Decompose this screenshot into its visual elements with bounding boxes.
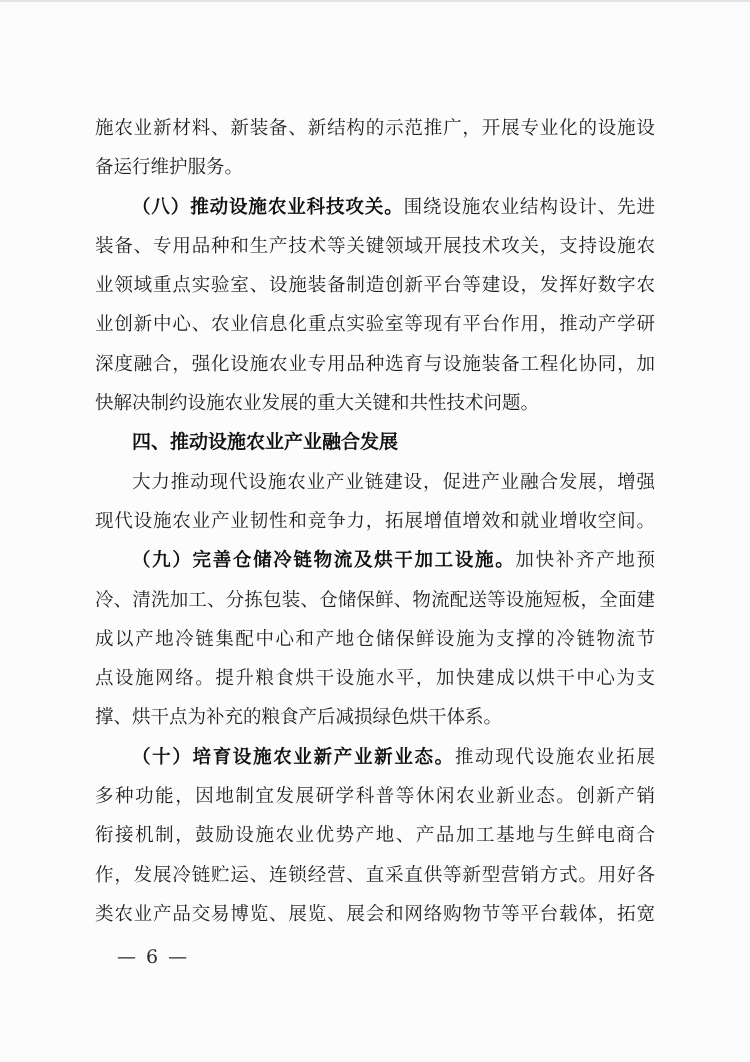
document-line: 大力推动现代设施农业产业链建设，促进产业融合发展，增强 [95,463,655,502]
paragraph-text: 撑、烘干点为补充的粮食产后减损绿色烘干体系。 [95,707,502,728]
document-line: 衔接机制，鼓励设施农业优势产地、产品加工基地与生鲜电商合 [95,816,655,855]
document-page: 施农业新材料、新装备、新结构的示范推广，开展专业化的设施设备运行维护服务。（八）… [0,0,750,1062]
document-line: 现代设施农业产业韧性和竞争力，拓展增值增效和就业增收空间。 [95,502,655,541]
section-heading-text: 四、推动设施农业产业融合发展 [132,431,398,453]
document-line: 点设施网络。提升粮食烘干设施水平，加快建成以烘干中心为支 [95,659,655,698]
paragraph-lead-bold: （八）推动设施农业科技攻关。 [132,197,404,218]
document-line: 成以产地冷链集配中心和产地仓储保鲜设施为支撑的冷链物流节 [95,620,655,659]
section-heading: 四、推动设施农业产业融合发展 [95,423,655,462]
page-number: — 6 — [117,946,189,968]
document-line: 类农业产品交易博览、展览、展会和网络购物节等平台载体，拓宽 [95,895,655,934]
document-line: 撑、烘干点为补充的粮食产后减损绿色烘干体系。 [95,698,655,737]
document-line: 深度融合，强化设施农业专用品种选育与设施装备工程化协同，加 [95,345,655,384]
paragraph-text: 加快补齐产地预 [515,550,655,571]
document-body: 施农业新材料、新装备、新结构的示范推广，开展专业化的设施设备运行维护服务。（八）… [95,109,655,934]
paragraph-text: 类农业产品交易博览、展览、展会和网络购物节等平台载体，拓宽 [95,904,655,925]
document-line: 业创新中心、农业信息化重点实验室等现有平台作用，推动产学研 [95,305,655,344]
paragraph-text: 点设施网络。提升粮食烘干设施水平，加快建成以烘干中心为支 [95,668,655,689]
paragraph-text: 装备、专用品种和生产技术等关键领域开展技术攻关，支持设施农 [95,236,655,257]
document-line: 备运行维护服务。 [95,148,655,187]
paragraph-text: 业创新中心、农业信息化重点实验室等现有平台作用，推动产学研 [95,314,655,335]
document-line: （八）推动设施农业科技攻关。围绕设施农业结构设计、先进 [95,188,655,227]
paragraph-text: 推动现代设施农业拓展 [455,747,655,768]
paragraph-text: 大力推动现代设施农业产业链建设，促进产业融合发展，增强 [132,472,655,493]
document-line: 施农业新材料、新装备、新结构的示范推广，开展专业化的设施设 [95,109,655,148]
paragraph-text: 冷、清洗加工、分拣包装、仓储保鲜、物流配送等设施短板，全面建 [95,590,655,611]
paragraph-text: 快解决制约设施农业发展的重大关键和共性技术问题。 [95,393,539,414]
document-line: 多种功能，因地制宜发展研学科普等休闲农业新业态。创新产销 [95,777,655,816]
paragraph-text: 备运行维护服务。 [95,157,243,178]
paragraph-text: 多种功能，因地制宜发展研学科普等休闲农业新业态。创新产销 [95,786,655,807]
paragraph-lead-bold: （九）完善仓储冷链物流及烘干加工设施。 [132,550,515,571]
document-line: （九）完善仓储冷链物流及烘干加工设施。加快补齐产地预 [95,541,655,580]
paragraph-text: 现代设施农业产业韧性和竞争力，拓展增值增效和就业增收空间。 [95,511,655,532]
paragraph-lead-bold: （十）培育设施农业新产业新业态。 [132,747,455,768]
document-line: 作，发展冷链贮运、连锁经营、直采直供等新型营销方式。用好各 [95,856,655,895]
paragraph-text: 施农业新材料、新装备、新结构的示范推广，开展专业化的设施设 [95,118,655,139]
paragraph-text: 成以产地冷链集配中心和产地仓储保鲜设施为支撑的冷链物流节 [95,629,655,650]
paragraph-text: 业领域重点实验室、设施装备制造创新平台等建设，发挥好数字农 [95,275,655,296]
paragraph-text: 围绕设施农业结构设计、先进 [404,197,655,218]
paragraph-text: 作，发展冷链贮运、连锁经营、直采直供等新型营销方式。用好各 [95,865,655,886]
document-line: 冷、清洗加工、分拣包装、仓储保鲜、物流配送等设施短板，全面建 [95,581,655,620]
document-line: 业领域重点实验室、设施装备制造创新平台等建设，发挥好数字农 [95,266,655,305]
paragraph-text: 深度融合，强化设施农业专用品种选育与设施装备工程化协同，加 [95,354,655,375]
paragraph-text: 衔接机制，鼓励设施农业优势产地、产品加工基地与生鲜电商合 [95,825,655,846]
document-line: 快解决制约设施农业发展的重大关键和共性技术问题。 [95,384,655,423]
document-line: 装备、专用品种和生产技术等关键领域开展技术攻关，支持设施农 [95,227,655,266]
document-line: （十）培育设施农业新产业新业态。推动现代设施农业拓展 [95,738,655,777]
